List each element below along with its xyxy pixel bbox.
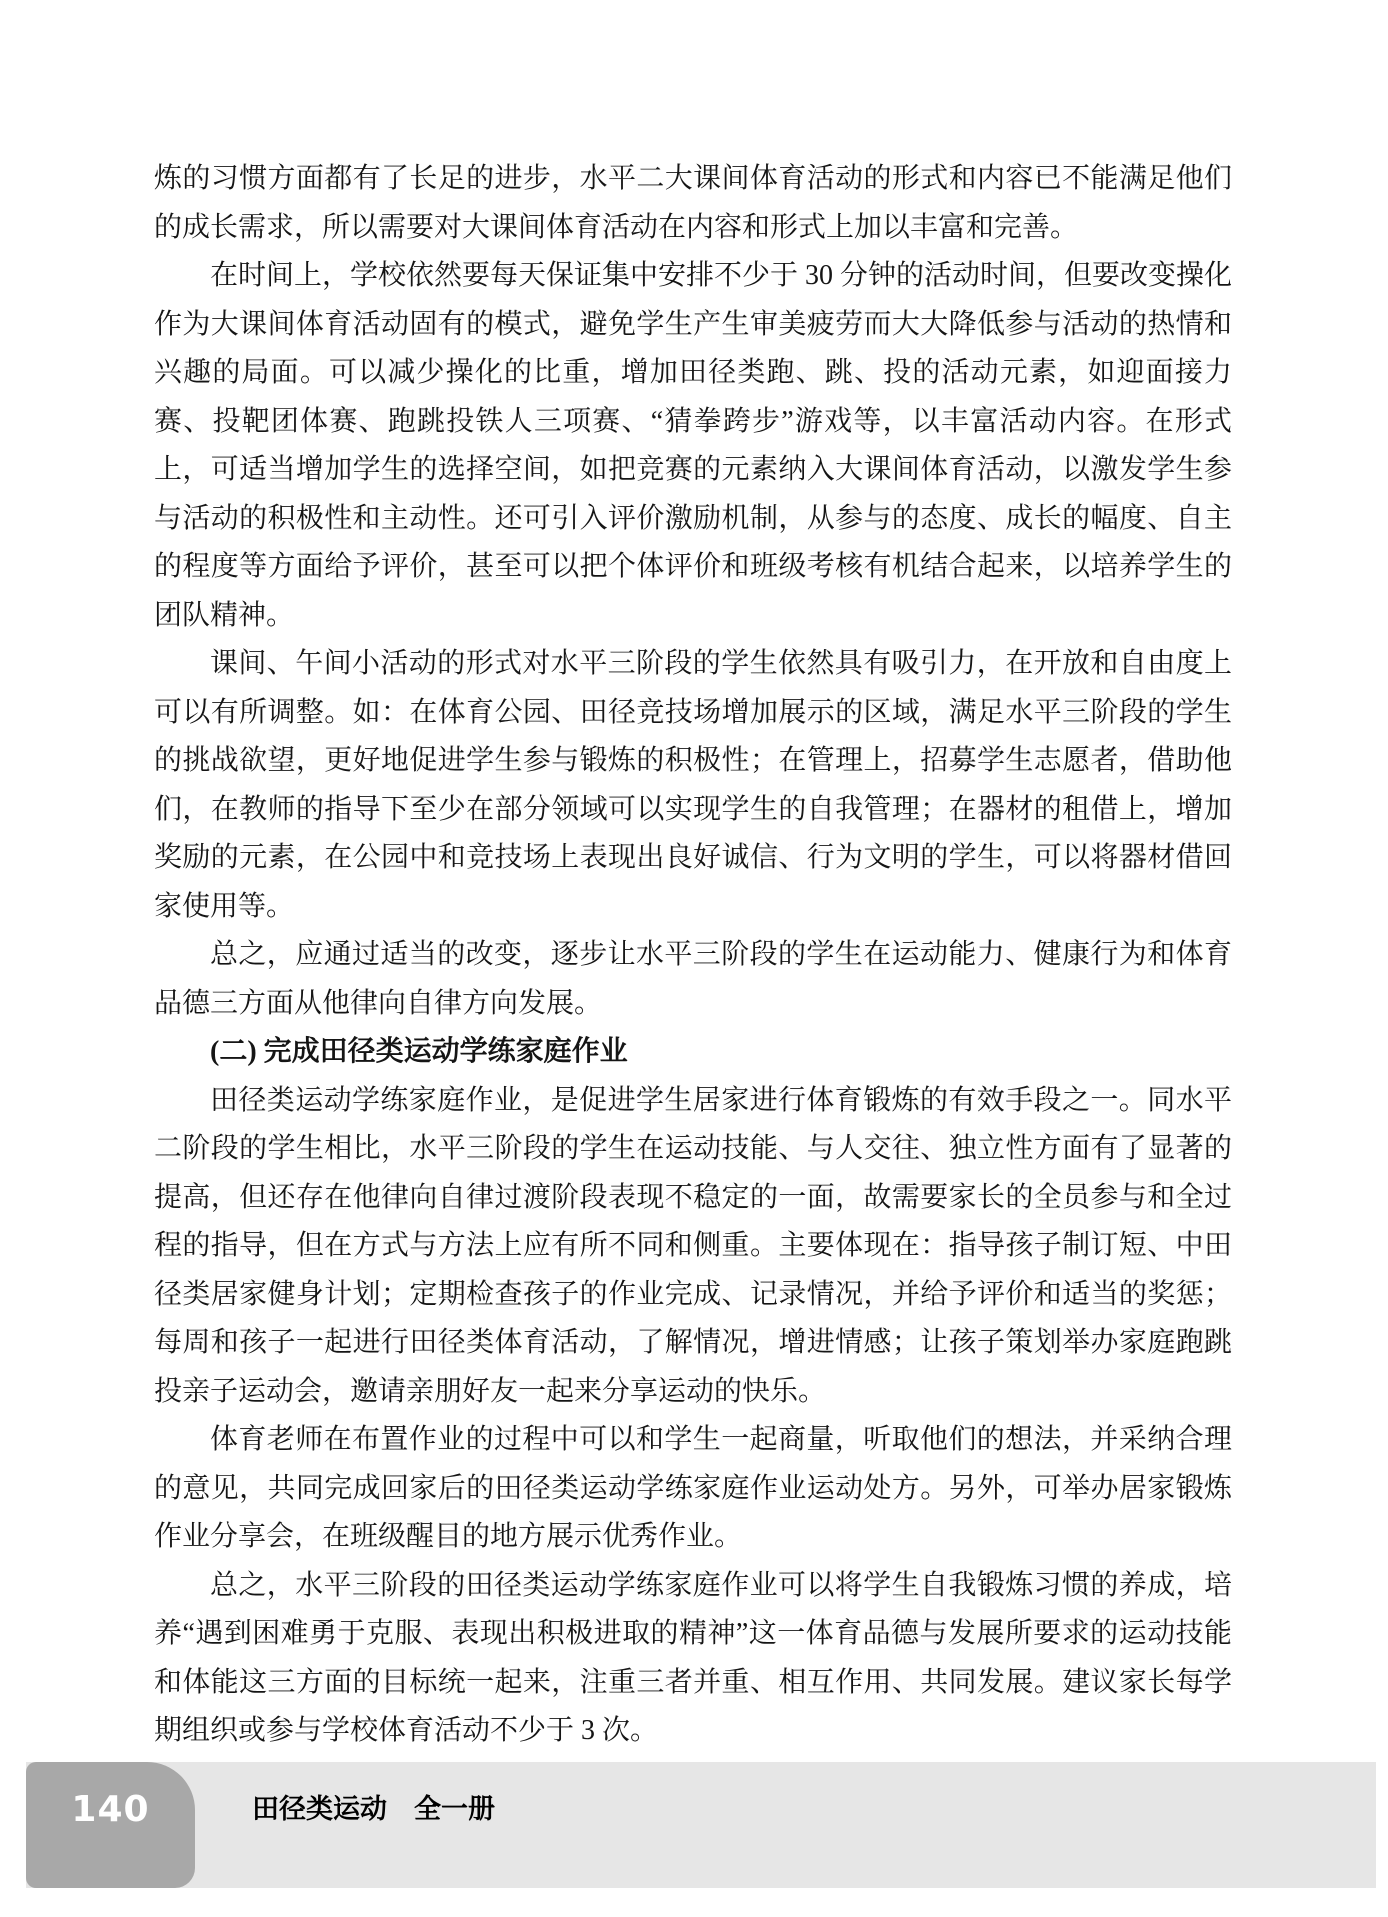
section-heading: (二) 完成田径类运动学练家庭作业 [154,1028,1232,1077]
paragraph: 课间、午间小活动的形式对水平三阶段的学生依然具有吸引力，在开放和自由度上可以有所… [154,640,1232,931]
page-number: 140 [26,1792,195,1828]
paragraph: 田径类运动学练家庭作业，是促进学生居家进行体育锻炼的有效手段之一。同水平二阶段的… [154,1077,1232,1417]
paragraph: 炼的习惯方面都有了长足的进步，水平二大课间体育活动的形式和内容已不能满足他们的成… [154,155,1232,252]
paragraph: 体育老师在布置作业的过程中可以和学生一起商量，听取他们的想法，并采纳合理的意见，… [154,1416,1232,1562]
paragraph: 在时间上，学校依然要每天保证集中安排不少于 30 分钟的活动时间，但要改变操化作… [154,252,1232,640]
book-page: 炼的习惯方面都有了长足的进步，水平二大课间体育活动的形式和内容已不能满足他们的成… [0,0,1388,1917]
text-block: 炼的习惯方面都有了长足的进步，水平二大课间体育活动的形式和内容已不能满足他们的成… [154,155,1232,1756]
footer-band: 140 田径类运动 全一册 [26,1762,1376,1888]
footer-book-title: 田径类运动 全一册 [252,1796,495,1824]
page-number-block: 140 [26,1762,195,1888]
paragraph: 总之，应通过适当的改变，逐步让水平三阶段的学生在运动能力、健康行为和体育品德三方… [154,931,1232,1028]
paragraph: 总之，水平三阶段的田径类运动学练家庭作业可以将学生自我锻炼习惯的养成，培养“遇到… [154,1562,1232,1756]
